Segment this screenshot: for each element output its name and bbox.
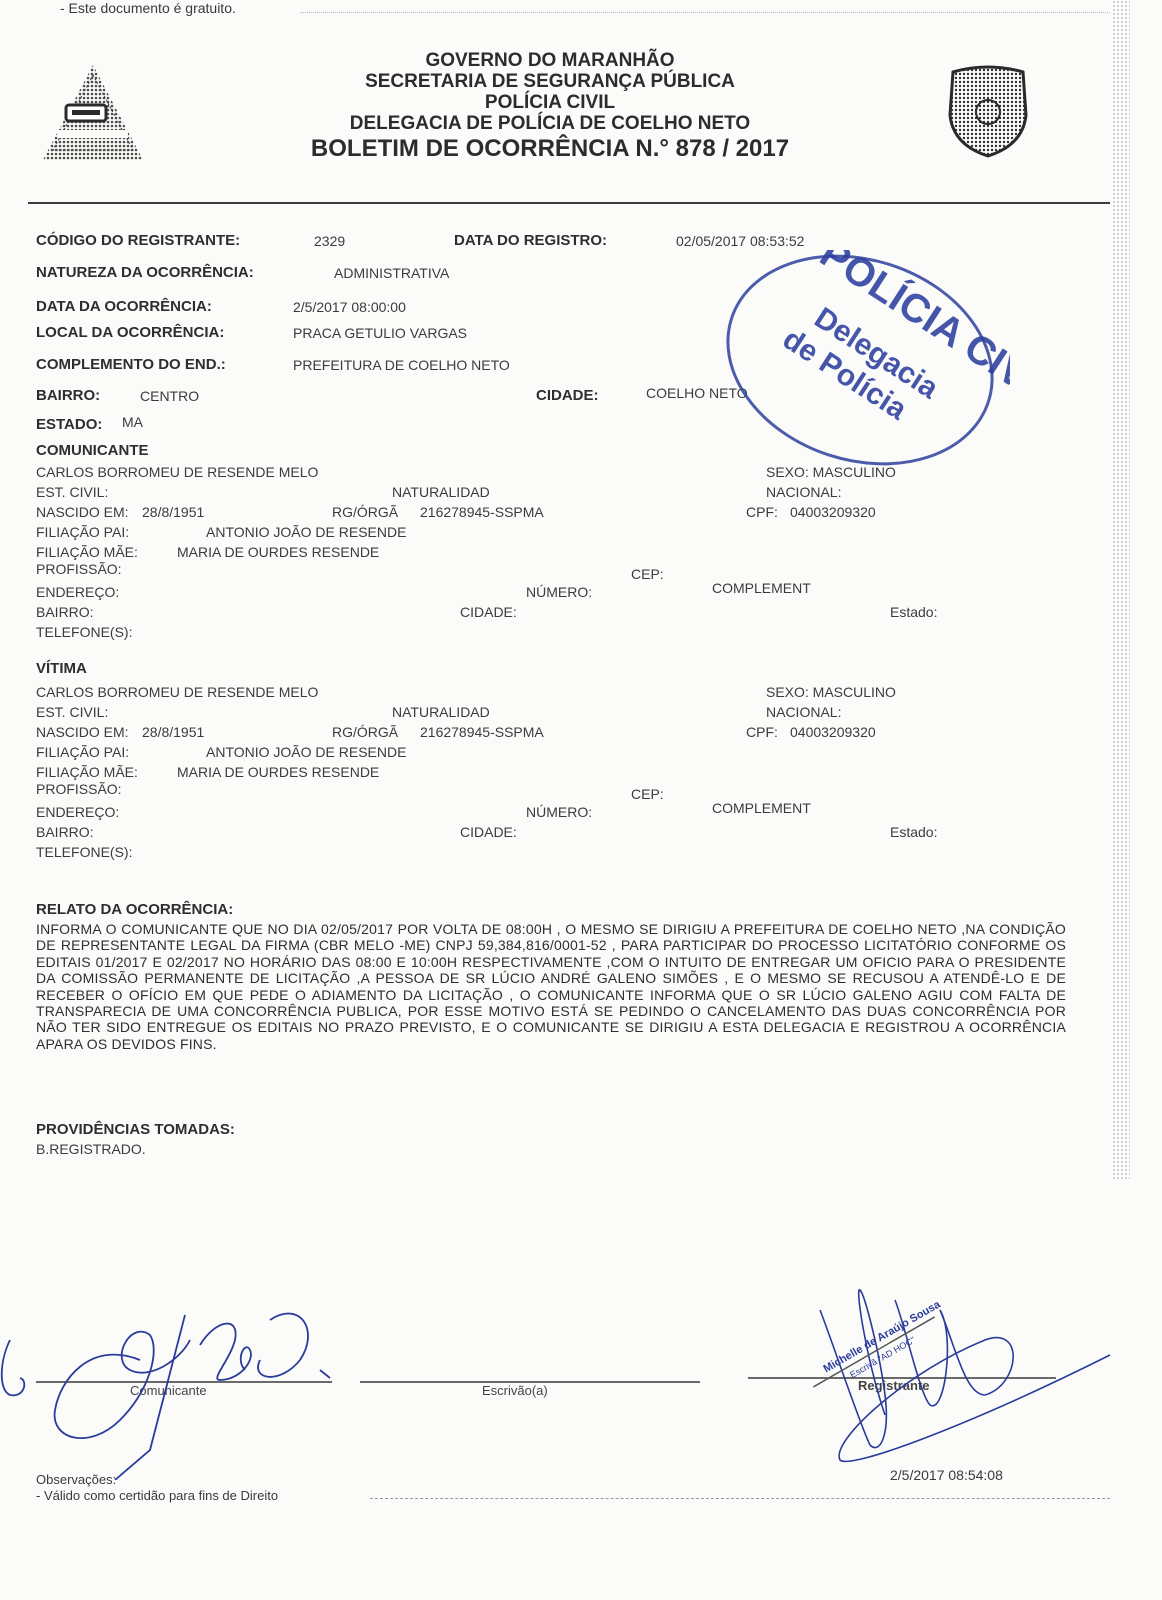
- comunicante-endereco: ENDEREÇO:: [36, 584, 119, 600]
- bairro-label: BAIRRO:: [36, 387, 100, 404]
- cidade-label: CIDADE:: [536, 387, 599, 404]
- vitima-title: VÍTIMA: [36, 660, 87, 677]
- relato-text: INFORMA O COMUNICANTE QUE NO DIA 02/05/2…: [36, 921, 1066, 1052]
- vitima-rg-label: RG/ÓRGÃ: [332, 724, 398, 740]
- header-line-delegacia: DELEGACIA DE POLÍCIA DE COELHO NETO: [0, 113, 1100, 134]
- comunicante-rg-label: RG/ÓRGÃ: [332, 504, 398, 520]
- top-note: - Este documento é gratuito.: [60, 0, 236, 16]
- data-ocorrencia-value: 2/5/2017 08:00:00: [293, 299, 406, 315]
- vitima-cidade: CIDADE:: [460, 824, 517, 840]
- vitima-sexo: SEXO: MASCULINO: [766, 684, 896, 700]
- data-registro-label: DATA DO REGISTRO:: [454, 232, 607, 249]
- police-badge-icon: [938, 60, 1038, 160]
- vitima-cpf-label: CPF:: [746, 724, 778, 740]
- vitima-telefone: TELEFONE(S):: [36, 844, 132, 860]
- header-line-policia: POLÍCIA CIVIL: [0, 92, 1100, 113]
- header-line-government: GOVERNO DO MARANHÃO: [0, 50, 1100, 71]
- relato-title: RELATO DA OCORRÊNCIA:: [36, 901, 233, 918]
- codigo-registrante-value: 2329: [314, 233, 345, 249]
- print-timestamp: 2/5/2017 08:54:08: [890, 1467, 1003, 1483]
- vitima-naturalidad: NATURALIDAD: [392, 704, 490, 720]
- vitima-cep: CEP:: [631, 786, 664, 802]
- comunicante-pai-label: FILIAÇÃO PAI:: [36, 524, 129, 540]
- comunicante-complement: COMPLEMENT: [712, 580, 811, 596]
- comunicante-bairro: BAIRRO:: [36, 604, 94, 620]
- providencias-text: B.REGISTRADO.: [36, 1141, 146, 1157]
- registrante-handwritten-signature: Michelle de Araújo Sousa Escrivã "AD HOC…: [790, 1275, 1120, 1475]
- comunicante-nascido-value: 28/8/1951: [142, 504, 204, 520]
- bairro-value: CENTRO: [140, 388, 199, 404]
- comunicante-handwritten-signature: [0, 1300, 360, 1480]
- vitima-bairro: BAIRRO:: [36, 824, 94, 840]
- vitima-cpf-value: 04003209320: [790, 724, 876, 740]
- observacoes-text: - Válido como certidão para fins de Dire…: [36, 1488, 278, 1503]
- vitima-mae-label: FILIAÇÃO MÃE:: [36, 764, 138, 780]
- comunicante-cpf-label: CPF:: [746, 504, 778, 520]
- comunicante-cpf-value: 04003209320: [790, 504, 876, 520]
- vitima-nascido-label: NASCIDO EM:: [36, 724, 129, 740]
- vitima-numero: NÚMERO:: [526, 804, 592, 820]
- vitima-pai-value: ANTONIO JOÃO DE RESENDE: [206, 744, 406, 760]
- comunicante-nacional: NACIONAL:: [766, 484, 841, 500]
- codigo-registrante-label: CÓDIGO DO REGISTRANTE:: [36, 232, 240, 249]
- comunicante-mae-value: MARIA DE OURDES RESENDE: [177, 544, 379, 560]
- local-value: PRACA GETULIO VARGAS: [293, 325, 467, 341]
- top-dotted-line: [300, 12, 1110, 13]
- comunicante-mae-label: FILIAÇÃO MÃE:: [36, 544, 138, 560]
- providencias-title: PROVIDÊNCIAS TOMADAS:: [36, 1121, 235, 1138]
- vitima-nacional: NACIONAL:: [766, 704, 841, 720]
- complemento-value: PREFEITURA DE COELHO NETO: [293, 357, 510, 373]
- comunicante-rg-value: 216278945-SSPMA: [420, 504, 544, 520]
- comunicante-profissao: PROFISSÃO:: [36, 561, 122, 577]
- comunicante-estado: Estado:: [890, 604, 937, 620]
- local-label: LOCAL DA OCORRÊNCIA:: [36, 324, 224, 341]
- natureza-value: ADMINISTRATIVA: [334, 265, 449, 281]
- escrivao-signature-label: Escrivão(a): [482, 1383, 548, 1398]
- vitima-est-civil: EST. CIVIL:: [36, 704, 108, 720]
- vitima-mae-value: MARIA DE OURDES RESENDE: [177, 764, 379, 780]
- header-line-secretaria: SECRETARIA DE SEGURANÇA PÚBLICA: [0, 71, 1100, 92]
- vitima-estado: Estado:: [890, 824, 937, 840]
- natureza-label: NATUREZA DA OCORRÊNCIA:: [36, 264, 254, 281]
- complemento-label: COMPLEMENTO DO END.:: [36, 356, 226, 373]
- vitima-pai-label: FILIAÇÃO PAI:: [36, 744, 129, 760]
- vitima-nome: CARLOS BORROMEU DE RESENDE MELO: [36, 684, 318, 700]
- vitima-rg-value: 216278945-SSPMA: [420, 724, 544, 740]
- estado-label: ESTADO:: [36, 416, 102, 433]
- comunicante-nascido-label: NASCIDO EM:: [36, 504, 129, 520]
- observacoes-label: Observações:: [36, 1472, 116, 1487]
- page-edge-noise: [1112, 0, 1130, 1180]
- bottom-dashed-line: [370, 1498, 1110, 1499]
- comunicante-nome: CARLOS BORROMEU DE RESENDE MELO: [36, 464, 318, 480]
- vitima-nascido-value: 28/8/1951: [142, 724, 204, 740]
- document-title: BOLETIM DE OCORRÊNCIA N.° 878 / 2017: [0, 134, 1100, 164]
- vitima-profissao: PROFISSÃO:: [36, 781, 122, 797]
- header-divider: [28, 202, 1110, 204]
- comunicante-telefone: TELEFONE(S):: [36, 624, 132, 640]
- comunicante-pai-value: ANTONIO JOÃO DE RESENDE: [206, 524, 406, 540]
- comunicante-est-civil: EST. CIVIL:: [36, 484, 108, 500]
- registrante-stamp-name: Michelle de Araújo Sousa: [821, 1298, 943, 1375]
- data-ocorrencia-label: DATA DA OCORRÊNCIA:: [36, 298, 212, 315]
- comunicante-numero: NÚMERO:: [526, 584, 592, 600]
- comunicante-naturalidad: NATURALIDAD: [392, 484, 490, 500]
- vitima-endereco: ENDEREÇO:: [36, 804, 119, 820]
- comunicante-title: COMUNICANTE: [36, 442, 149, 459]
- comunicante-cidade: CIDADE:: [460, 604, 517, 620]
- estado-value: MA: [122, 414, 143, 430]
- document-header: GOVERNO DO MARANHÃO SECRETARIA DE SEGURA…: [0, 50, 1100, 164]
- police-stamp: POLÍCIA CIVIL Delegacia de Polícia: [720, 250, 1010, 480]
- vitima-complement: COMPLEMENT: [712, 800, 811, 816]
- data-registro-value: 02/05/2017 08:53:52: [676, 233, 804, 249]
- comunicante-cep: CEP:: [631, 566, 664, 582]
